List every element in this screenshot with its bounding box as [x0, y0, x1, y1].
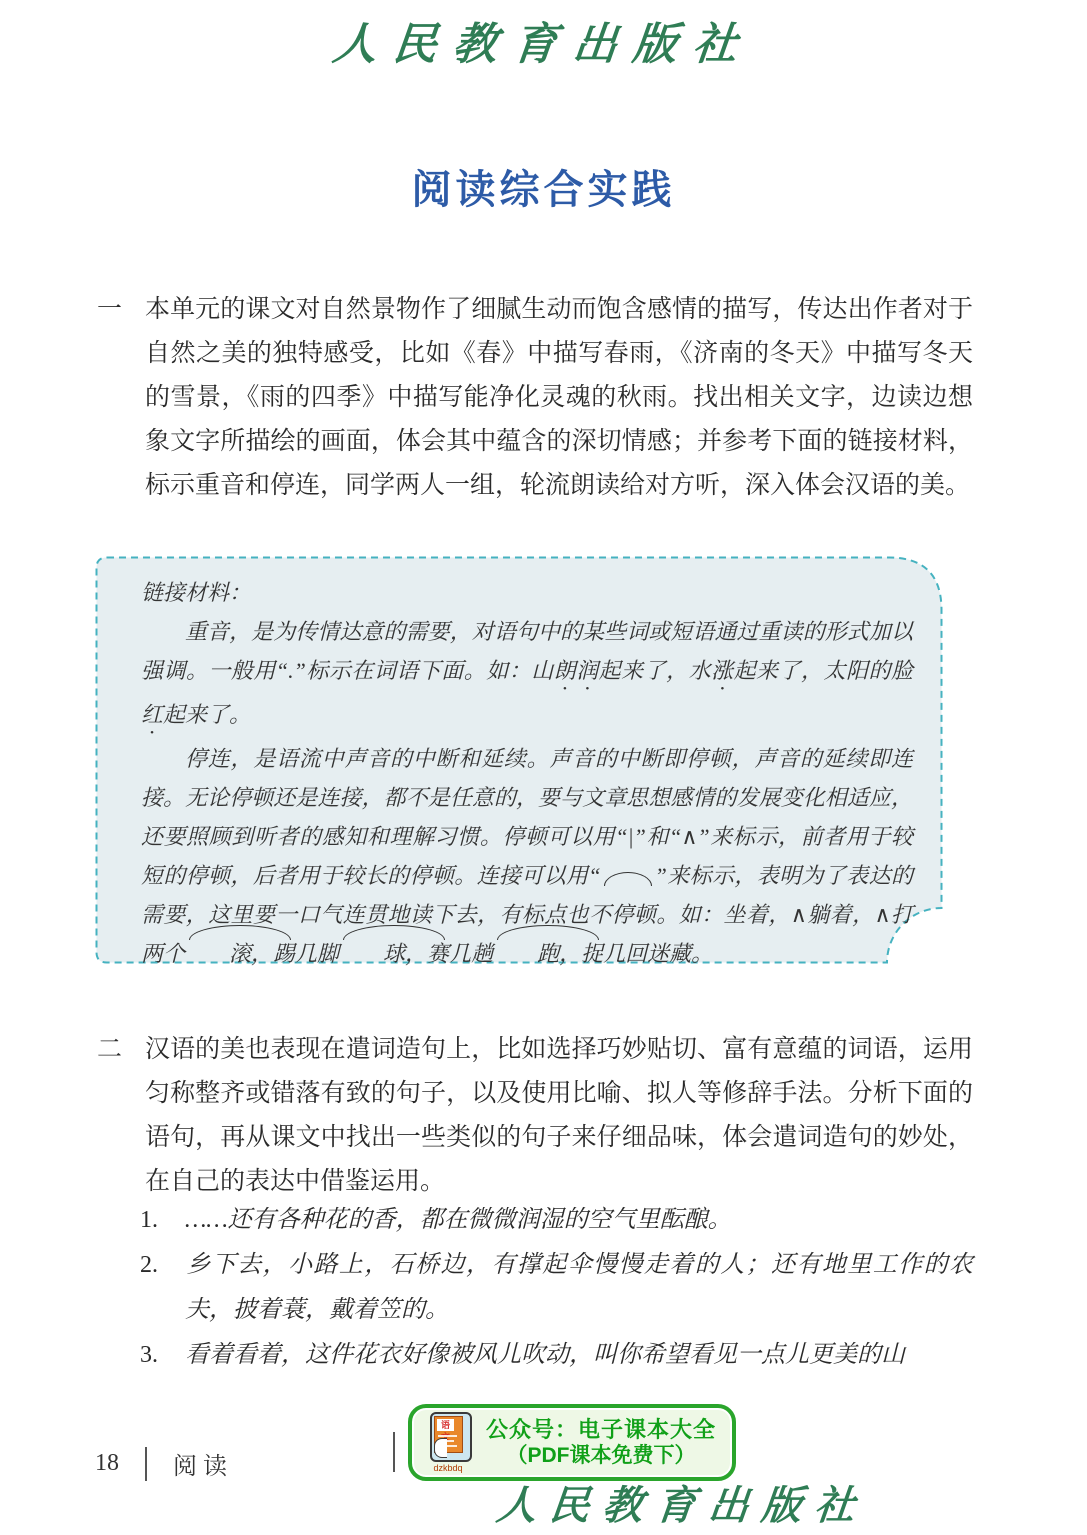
footer-divider: [145, 1447, 147, 1481]
phone-book-icon: 语文 dzkbdq: [420, 1412, 476, 1473]
list-item: 3.看着看着，这件花衣好像被风儿吹动，叫你希望看见一点儿更美的山: [140, 1333, 973, 1378]
text-segment: 几趟: [449, 941, 493, 966]
footer-page-number: 18: [95, 1450, 119, 1477]
hand-icon: [434, 1438, 447, 1458]
item-number: 3.: [140, 1333, 185, 1378]
footer-divider: [393, 1432, 395, 1472]
section-two-text: 汉语的美也表现在遣词造句上，比如选择巧妙贴切、富有意蕴的词语，运用匀称整齐或错落…: [145, 1028, 973, 1204]
list-item: 1.……还有各种花的香，都在微微润湿的空气里酝酿。: [140, 1198, 973, 1243]
link-material-box: 链接材料： 重音，是为传情达意的需要，对语句中的某些词或短语通过重读的形式加以强…: [95, 556, 943, 966]
text-segment: 几回迷藏。: [603, 941, 713, 966]
item-text: 看着看着，这件花衣好像被风儿吹动，叫你希望看见一点儿更美的山: [185, 1342, 905, 1368]
link-material-paragraph-stress: 重音，是为传情达意的需要，对语句中的某些词或短语通过重读的形式加以强调。一般用“…: [141, 612, 913, 739]
link-material-paragraph-pause: 停连，是语流中声音的中断和延续。声音的中断即停顿，声音的延续即连接。无论停顿还是…: [141, 739, 913, 973]
section-two-marker: 二: [97, 1028, 145, 1204]
text-segment: 球，赛: [339, 934, 449, 973]
badge-line1: 公众号：电子课本大全: [486, 1417, 716, 1443]
textbook-cover-label: 语文: [437, 1419, 454, 1431]
text-segment: 跑，捉: [493, 934, 603, 973]
footer-pagination: 18 阅 读: [95, 1446, 227, 1481]
liaison-arc-glyph: [604, 872, 652, 886]
phone-icon: 语文: [430, 1412, 472, 1462]
section-one: 一 本单元的课文对自然景物作了细腻生动而饱含感情的描写，传达出作者对于自然之美的…: [97, 288, 973, 508]
text-segment: 起来了，水: [599, 658, 711, 683]
text-segment: 滚，踢: [185, 934, 295, 973]
link-material-content: 链接材料： 重音，是为传情达意的需要，对语句中的某些词或短语通过重读的形式加以强…: [95, 556, 943, 973]
section-one-marker: 一: [97, 288, 145, 508]
text-segment: 涨: [711, 658, 733, 683]
badge-icon-caption: dzkbdq: [420, 1463, 476, 1473]
footer-section-label: 阅 读: [173, 1446, 227, 1481]
badge-text: 公众号：电子课本大全 （PDF课本免费下）: [486, 1417, 716, 1468]
text-segment: 朗润: [554, 658, 599, 683]
text-segment: 起来了。: [163, 702, 251, 727]
link-material-label: 链接材料：: [141, 573, 913, 612]
publisher-logo-bottom: 人民教育出版社: [494, 1474, 871, 1531]
page-title: 阅读综合实践: [0, 158, 1087, 215]
publisher-logo-top: 人民教育出版社: [0, 8, 1087, 72]
text-segment: 起来了，太阳的脸: [734, 658, 913, 683]
textbook-page: 人民教育出版社 阅读综合实践 一 本单元的课文对自然景物作了细腻生动而饱含感情的…: [0, 0, 1087, 1535]
example-sentence-list: 1.……还有各种花的香，都在微微润湿的空气里酝酿。 2.乡下去，小路上，石桥边，…: [140, 1198, 973, 1378]
list-item: 2.乡下去，小路上，石桥边，有撑起伞慢慢走着的人；还有地里工作的农夫，披着蓑，戴…: [140, 1243, 973, 1333]
item-text: ……还有各种花的香，都在微微润湿的空气里酝酿。: [185, 1207, 732, 1233]
text-segment: 红: [141, 702, 163, 727]
item-text: 乡下去，小路上，石桥边，有撑起伞慢慢走着的人；还有地里工作的农夫，披着蓑，戴着笠…: [185, 1252, 973, 1323]
section-two: 二 汉语的美也表现在遣词造句上，比如选择巧妙贴切、富有意蕴的词语，运用匀称整齐或…: [97, 1028, 973, 1204]
text-segment: 几脚: [295, 941, 339, 966]
item-number: 1.: [140, 1198, 185, 1243]
promo-badge: 语文 dzkbdq 公众号：电子课本大全 （PDF课本免费下）: [408, 1404, 736, 1481]
section-one-text: 本单元的课文对自然景物作了细腻生动而饱含感情的描写，传达出作者对于自然之美的独特…: [145, 288, 973, 508]
item-number: 2.: [140, 1243, 185, 1288]
badge-line2: （PDF课本免费下）: [486, 1443, 716, 1468]
